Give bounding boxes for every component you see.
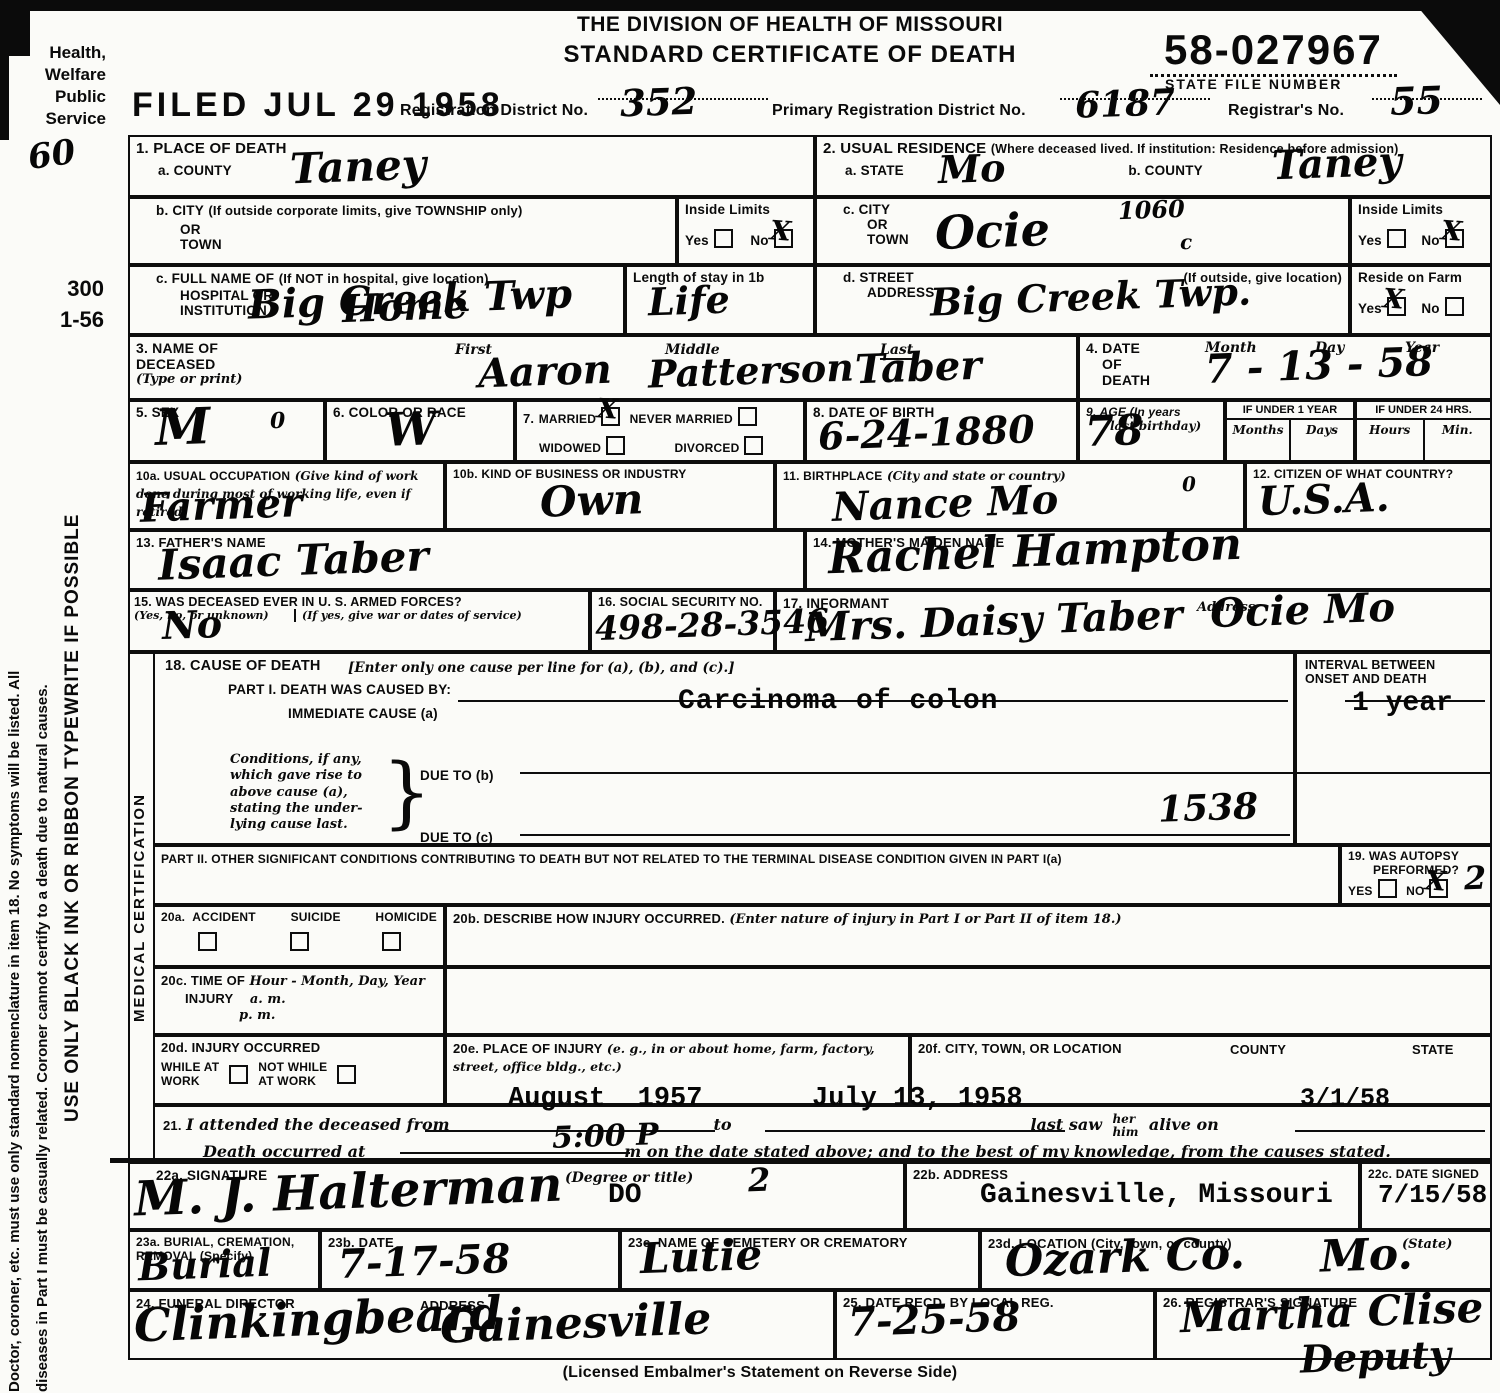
yes-label: Yes <box>1358 233 1382 248</box>
section18-title: 18. CAUSE OF DEATH <box>165 658 321 674</box>
leader-line <box>598 98 768 100</box>
attended-to-word: to <box>713 1115 731 1134</box>
no-checkbox: X <box>774 229 793 248</box>
due-c-line <box>520 834 1290 836</box>
section11-label: 11. BIRTHPLACE <box>783 469 883 483</box>
accident-label: ACCIDENT <box>192 910 256 924</box>
conditions-line: lying cause last. <box>230 817 363 833</box>
field-age-under-1-year: IF UNDER 1 YEAR Months Days <box>1225 400 1355 462</box>
due-b-line <box>520 772 1490 774</box>
hours-header: Hours <box>1357 420 1423 460</box>
section15-paren2: (If yes, give war or dates of service) <box>294 609 584 622</box>
while-at-work-checkbox <box>229 1065 248 1084</box>
agency-imprint: Health, Welfare Public Service <box>0 42 106 130</box>
attended-text1: I attended the deceased from <box>186 1115 449 1134</box>
hw-residence-county: Taney <box>1271 142 1402 187</box>
hw-birthplace: Nance Mo <box>831 480 1059 528</box>
yes-checkbox <box>1387 229 1406 248</box>
conditions-line: Conditions, if any, <box>230 752 363 768</box>
days-header: Days <box>1289 420 1353 460</box>
while-at-label2: WORK <box>161 1074 219 1088</box>
section21-num: 21. <box>163 1118 182 1133</box>
state-file-number: 58-027967 <box>1150 26 1397 77</box>
section20a-num: 20a. <box>161 910 185 924</box>
not-while-label1: NOT WHILE <box>258 1060 327 1074</box>
hw-residence-city: Ocie <box>934 206 1050 256</box>
section18-bracket: [Enter only one cause per line for (a), … <box>348 660 735 676</box>
never-married-checkbox <box>738 407 757 426</box>
document-title: THE DIVISION OF HEALTH OF MISSOURI <box>420 13 1160 37</box>
field-place-of-death-county: 1. PLACE OF DEATH a. COUNTY <box>128 135 815 197</box>
leader-line <box>1372 98 1482 100</box>
widowed-checkbox <box>606 436 625 455</box>
form-code-number: 300 <box>0 274 104 305</box>
hw-death-time: 5:00 P <box>552 1120 660 1154</box>
hw-birthplace-code: 0 <box>1182 474 1197 494</box>
divorced-checkbox <box>744 436 763 455</box>
no-label: No <box>750 233 768 248</box>
hw-first-name: Aaron <box>477 350 612 395</box>
registration-district-label: Registration District No. <box>400 102 588 120</box>
conditions-brace: } <box>382 748 432 838</box>
county-header: COUNTY <box>1230 1042 1286 1057</box>
section20e-label: 20e. PLACE OF INJURY <box>453 1041 602 1056</box>
hw-degree-code: 2 <box>747 1164 770 1197</box>
am-label: a. m. <box>250 992 286 1007</box>
field-place-city-town: b. CITY (If outside corporate limits, gi… <box>128 197 677 265</box>
suicide-label: SUICIDE <box>291 910 341 924</box>
section1b-paren: (If outside corporate limits, give TOWNS… <box>208 203 522 218</box>
section1b-label: b. CITY <box>156 203 204 218</box>
ty-attended-to: July 13, 1958 <box>812 1086 1023 1113</box>
never-married-label: NEVER MARRIED <box>630 412 733 426</box>
part1-label: PART I. DEATH WAS CAUSED BY: <box>228 682 451 697</box>
hw-race: W <box>384 405 437 453</box>
document-subtitle: STANDARD CERTIFICATE OF DEATH <box>420 41 1160 69</box>
agency-line: Welfare <box>0 64 106 86</box>
hw-cemetery-state: Mo. <box>1319 1232 1413 1279</box>
hw-residence-state: Mo <box>937 149 1006 189</box>
field-age-under-24-hrs: IF UNDER 24 HRS. Hours Min. <box>1355 400 1492 462</box>
section2b-label: b. COUNTY <box>1128 163 1203 178</box>
field-accident-suicide-homicide: 20a. ACCIDENT SUICIDE HOMICIDE <box>153 905 445 967</box>
interval-label-line1: INTERVAL BETWEEN <box>1305 658 1482 672</box>
primary-registration-value: 6187 <box>1074 84 1175 123</box>
ty-physician-address: Gainesville, Missouri <box>980 1182 1333 1210</box>
divorced-label: DIVORCED <box>675 441 740 455</box>
hw-cemetery: Lutie <box>639 1234 763 1280</box>
hw-registrar-deputy: Deputy <box>1299 1335 1451 1378</box>
no-checkbox: X <box>1445 229 1464 248</box>
field-marital-status: 7. MARRIEDX NEVER MARRIED WIDOWED DIVORC… <box>515 400 805 462</box>
ty-attended-from: August 1957 <box>508 1086 702 1113</box>
part2-label: PART II. OTHER SIGNIFICANT CONDITIONS CO… <box>161 852 1062 866</box>
section2c-label: c. CITY <box>843 202 1342 217</box>
conditions-note: Conditions, if any, which gave rise to a… <box>230 752 363 833</box>
hw-age: 78 <box>1084 409 1144 453</box>
yes-label: Yes <box>1358 301 1382 316</box>
field-time-of-injury: 20c. TIME OF Hour - Month, Day, Year INJ… <box>153 967 445 1035</box>
hw-date-of-birth: 6-24-1880 <box>817 410 1035 456</box>
ty-interval: 1 year <box>1352 690 1453 718</box>
hw-hospital: Home <box>341 286 468 328</box>
due-to-b-label: DUE TO (b) <box>420 768 494 783</box>
while-at-label1: WHILE AT <box>161 1060 219 1074</box>
margin-handwritten-mark: 60 <box>26 135 78 175</box>
field-part2-other-conditions: PART II. OTHER SIGNIFICANT CONDITIONS CO… <box>153 845 1340 905</box>
no-label: No <box>1421 233 1439 248</box>
conditions-line: stating the under- <box>230 801 363 817</box>
inside-limits-label: Inside Limits <box>1358 202 1484 217</box>
no-checkbox <box>1445 297 1464 316</box>
field-place-inside-limits: Inside Limits Yes NoX <box>677 197 815 265</box>
hw-middle-name: Patterson <box>647 348 854 393</box>
inside-limits-label: Inside Limits <box>685 202 807 217</box>
no-label: NO <box>1406 884 1424 898</box>
section20b-paren: (Enter nature of injury in Part I or Par… <box>729 912 1121 927</box>
leader-line <box>1060 98 1210 100</box>
conditions-line: which gave rise to <box>230 768 363 784</box>
section2a-label: a. STATE <box>845 163 904 178</box>
agency-line: Health, <box>0 42 106 64</box>
section20a-accident-label: 20a. ACCIDENT <box>161 910 256 924</box>
section22c-label: 22c. DATE SIGNED <box>1368 1167 1484 1181</box>
hw-county-of-death: Taney <box>289 144 427 191</box>
hw-business: Own <box>539 478 644 524</box>
homicide-label: HOMICIDE <box>375 910 437 924</box>
yes-label: YES <box>1348 884 1373 898</box>
suicide-checkbox <box>290 932 309 951</box>
ty-date-signed: 7/15/58 <box>1378 1182 1487 1208</box>
due-to-c-label: DUE TO (c) <box>420 830 493 845</box>
embalmer-statement-note: (Licensed Embalmer's Statement on Revers… <box>490 1364 1030 1382</box>
hw-date-received: 7-25-58 <box>847 1297 1021 1343</box>
section20f-label: 20f. CITY, TOWN, OR LOCATION <box>918 1041 1122 1056</box>
yes-checkbox <box>1378 879 1397 898</box>
married-label: MARRIED <box>539 412 596 426</box>
conditions-line: above cause (a), <box>230 785 363 801</box>
homicide-checkbox <box>382 932 401 951</box>
him-word: him <box>1112 1125 1138 1139</box>
primary-registration-label: Primary Registration District No. <box>772 102 1026 120</box>
field-describe-injury: 20b. DESCRIBE HOW INJURY OCCURRED. (Ente… <box>445 905 1492 967</box>
pm-label: p. m. <box>239 1008 437 1023</box>
yes-checkbox <box>714 229 733 248</box>
interval-label-line2: ONSET AND DEATH <box>1305 672 1482 686</box>
time-of-injury-sub: Hour - Month, Day, Year <box>249 974 424 989</box>
hw-occupation: Farmer <box>139 483 302 529</box>
hw-residence-city-code: 1060 <box>1118 197 1186 223</box>
ty-last-seen: 3/1/58 <box>1300 1086 1390 1111</box>
hw-length-of-stay: Life <box>647 281 730 322</box>
yes-checkbox: X <box>1387 297 1406 316</box>
months-header: Months <box>1227 420 1289 460</box>
field-interval-onset-death: INTERVAL BETWEEN ONSET AND DEATH <box>1295 652 1492 845</box>
ty-degree: DO <box>608 1182 642 1210</box>
death-certificate-scan: Health, Welfare Public Service 60 300 1-… <box>0 0 1500 1393</box>
form-code: 300 1-56 <box>0 274 104 336</box>
hw-burial-date: 7-17-58 <box>337 1239 511 1285</box>
field-time-of-injury-blank <box>445 967 1492 1035</box>
state-file-number-label: STATE FILE NUMBER <box>1165 76 1342 92</box>
immediate-cause-label: IMMEDIATE CAUSE (a) <box>288 706 438 721</box>
hw-date-of-death: 7 - 13 - 58 <box>1204 342 1433 390</box>
hw-sex-code: 0 <box>270 410 286 433</box>
checkbox-x-mark: X <box>769 215 792 247</box>
section1b-town: TOWN <box>180 237 669 252</box>
section1b-or: OR <box>180 222 669 237</box>
hw-code-1538: 1538 <box>1157 788 1258 827</box>
under-1-year-header: IF UNDER 1 YEAR <box>1227 402 1353 420</box>
checkbox-x-mark: X <box>1440 215 1463 247</box>
hw-physician-signature: M. J. Halterman <box>133 1161 563 1224</box>
section2d-label1: d. STREET <box>843 270 914 285</box>
checkbox-x-mark: X <box>1424 865 1447 897</box>
hw-funeral-director-address: Gainesville <box>439 1297 712 1350</box>
no-label: No <box>1421 301 1439 316</box>
section1a-label: a. COUNTY <box>158 163 807 178</box>
hw-cemetery-location: Ozark Co. <box>1004 1232 1245 1284</box>
widowed-label: WIDOWED <box>539 441 601 455</box>
hw-armed-forces: No <box>161 605 222 645</box>
married-checkbox: X <box>601 407 620 426</box>
reside-on-farm-label: Reside on Farm <box>1358 270 1484 285</box>
form-code-date: 1-56 <box>0 305 104 336</box>
attended-to-line <box>765 1130 1065 1132</box>
section20c-label1: 20c. TIME OF <box>161 973 245 988</box>
hw-citizen: U.S.A. <box>1257 478 1390 523</box>
state-header: STATE <box>1412 1042 1454 1057</box>
section7-num: 7. <box>523 411 534 426</box>
hw-fathers-name: Isaac Taber <box>157 535 429 586</box>
alive-on-text: alive on <box>1149 1115 1219 1134</box>
registration-district-value: 352 <box>619 83 697 123</box>
checkbox-x-mark: X <box>1382 283 1405 315</box>
registrar-no-value: 55 <box>1389 81 1443 121</box>
checkbox-x-mark: X <box>596 393 619 425</box>
agency-line: Public <box>0 86 106 108</box>
hw-sex: M <box>154 401 211 453</box>
under-24-hrs-header: IF UNDER 24 HRS. <box>1357 402 1490 420</box>
field-residence-city-town: c. CITY OR TOWN <box>815 197 1350 265</box>
scan-artifact-top-strip <box>0 0 1500 11</box>
accident-checkbox <box>198 932 217 951</box>
field-injury-occurred: 20d. INJURY OCCURRED WHILE ATWORK NOT WH… <box>153 1035 445 1105</box>
not-while-at-work-checkbox <box>337 1065 356 1084</box>
not-while-label2: AT WORK <box>258 1074 327 1088</box>
agency-line: Service <box>0 108 106 130</box>
margin-note-line1: Doctor, coroner, etc. must use only stan… <box>6 392 23 1392</box>
field-reside-on-farm: Reside on Farm YesX No <box>1350 265 1492 335</box>
hw-street-address: Big Creek Twp. <box>929 272 1251 321</box>
hw-last-name: Taber <box>854 346 982 390</box>
yes-label: Yes <box>685 233 709 248</box>
margin-note-line2: diseases in Part I must be casually rela… <box>34 392 51 1392</box>
last-seen-line <box>1295 1130 1485 1132</box>
hw-autopsy-code: 2 <box>1463 862 1486 895</box>
ty-cause-of-death: Carcinoma of colon <box>678 688 998 716</box>
hw-residence-city-code2: c <box>1180 232 1193 252</box>
field-residence-inside-limits: Inside Limits Yes NoX <box>1350 197 1492 265</box>
section20b-label: 20b. DESCRIBE HOW INJURY OCCURRED. <box>453 911 725 926</box>
no-checkbox: X <box>1429 879 1448 898</box>
registrar-no-label: Registrar's No. <box>1228 102 1344 120</box>
section20d-label: 20d. INJURY OCCURRED <box>161 1040 437 1055</box>
medical-certification-label: MEDICAL CERTIFICATION <box>131 660 153 1155</box>
min-header: Min. <box>1423 420 1491 460</box>
hw-burial: Burial <box>137 1244 272 1287</box>
section1-title: 1. PLACE OF DEATH <box>136 140 807 157</box>
section20c-label2: INJURY <box>185 991 233 1006</box>
hw-ssn: 498-28-3546 <box>594 604 829 645</box>
margin-note-bold: USE ONLY BLACK INK OR RIBBON TYPEWRITE I… <box>62 462 84 1122</box>
